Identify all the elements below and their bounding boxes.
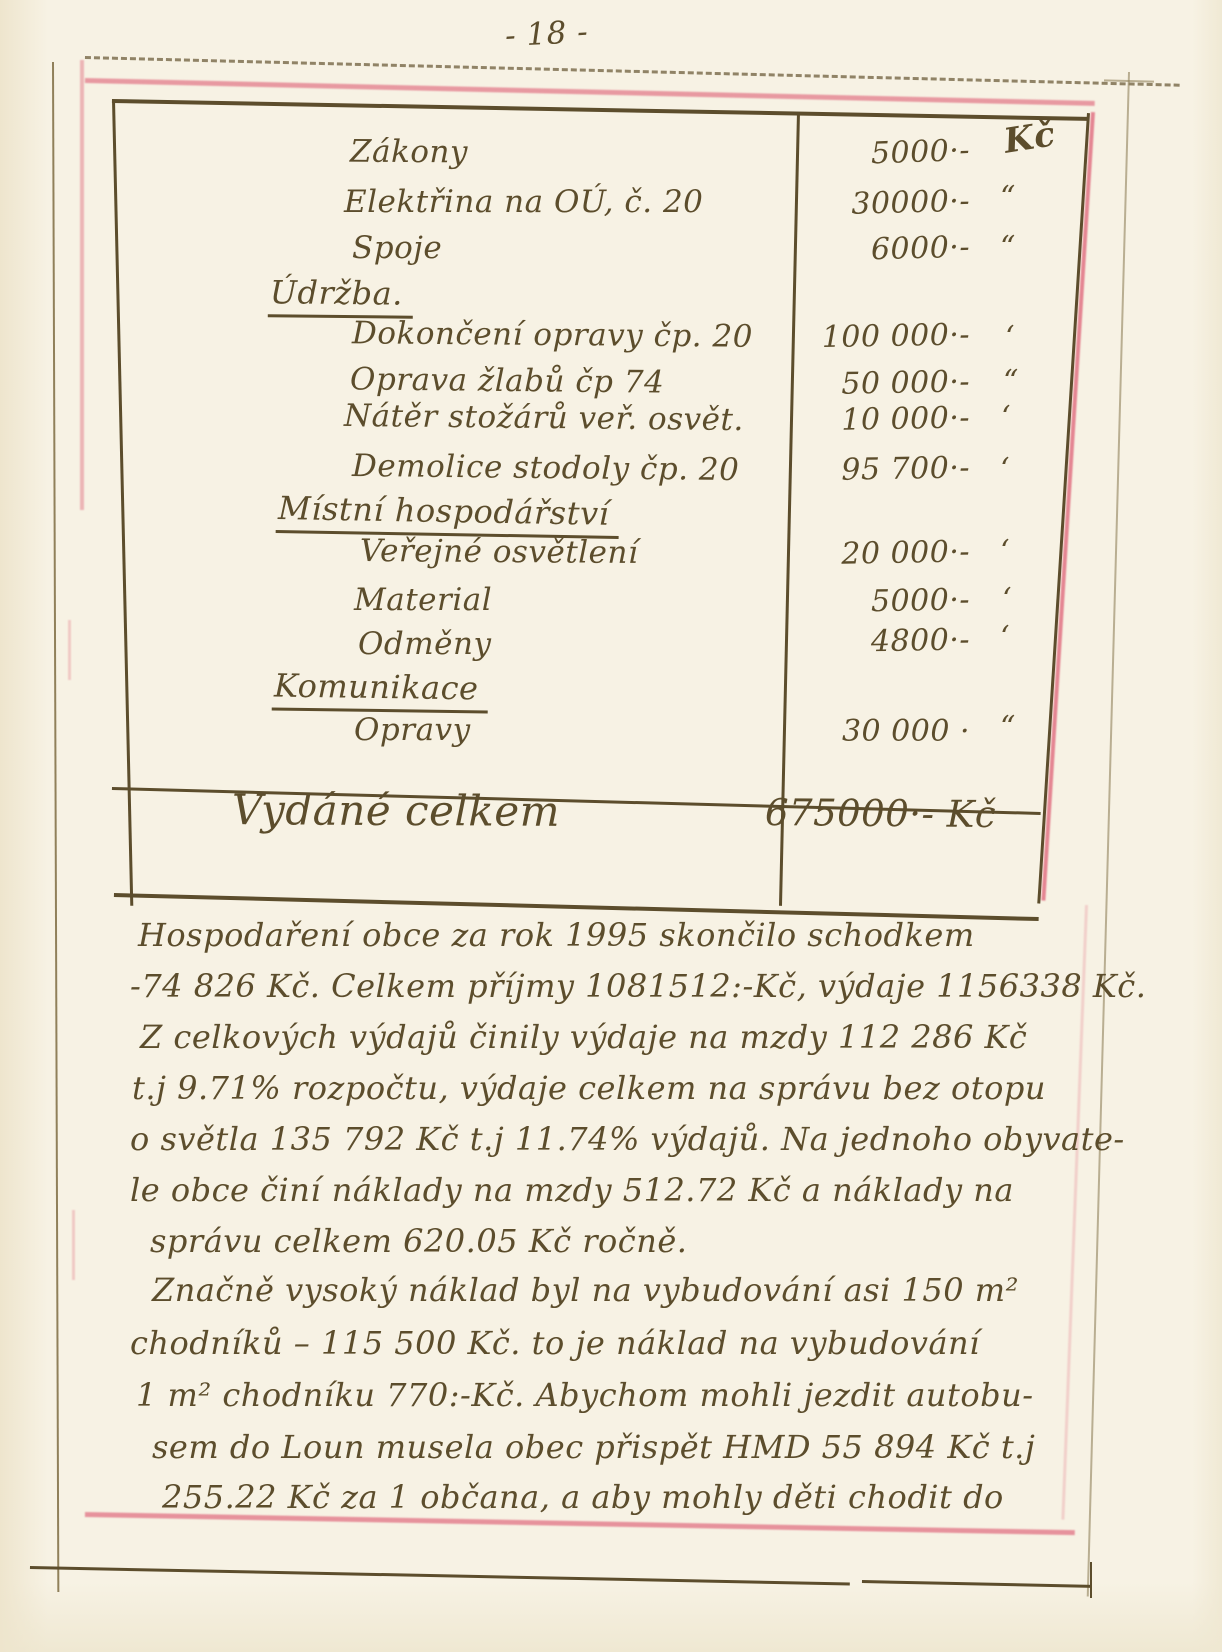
table-row-amount: 4800·- xyxy=(795,622,971,660)
table-row-amount: 6000·- xyxy=(795,230,971,270)
outer-frame-bottom-right xyxy=(862,1580,1092,1588)
table-row-amount: 10 000·- xyxy=(795,400,971,438)
paragraph-line: Značně vysoký náklad byl na vybudování a… xyxy=(152,1271,1019,1309)
table-row-label: Oprava žlabů čp 74 xyxy=(350,361,665,400)
paragraph-line: 1 m² chodníku 770:-Kč. Abychom mohli jez… xyxy=(136,1376,1034,1414)
paragraph-line: o světla 135 792 Kč t.j 11.74% výdajů. N… xyxy=(130,1120,1125,1158)
table-row-label: Demolice stodoly čp. 20 xyxy=(352,448,740,488)
table-section-label: Údržba. xyxy=(268,273,413,319)
ditto-mark: ‘ xyxy=(1000,620,1010,655)
paragraph-line: 255.22 Kč za 1 občana, a aby mohly děti … xyxy=(162,1478,1004,1516)
table-border-right xyxy=(1037,113,1089,904)
table-row-amount: 30 000 · xyxy=(795,714,970,749)
paragraph-line: le obce činí náklady na mzdy 512.72 Kč a… xyxy=(130,1171,1014,1209)
paragraph-line: Hospodaření obce za rok 1995 skončilo sc… xyxy=(138,916,975,954)
table-row-label: Zákony xyxy=(350,134,468,171)
paragraph-line: sem do Loun musela obec přispět HMD 55 8… xyxy=(152,1428,1035,1466)
currency-header: Kč xyxy=(1001,114,1058,162)
table-row-amount: 5000·- xyxy=(795,582,971,620)
table-row-label: Veřejné osvětlení xyxy=(360,533,639,571)
ditto-mark: “ xyxy=(1000,230,1016,265)
table-row-label: Dokončení opravy čp. 20 xyxy=(352,315,753,354)
ditto-mark: “ xyxy=(1000,180,1016,215)
table-row-label: Material xyxy=(354,582,492,618)
table-border-left xyxy=(112,100,133,906)
table-row-amount: 20 000·- xyxy=(795,534,971,572)
total-row-amount: 675000·- Kč xyxy=(765,791,997,836)
table-row-amount: 30000·- xyxy=(795,184,971,224)
pink-dash-left-2 xyxy=(72,1210,75,1280)
paragraph-line: t.j 9.71% rozpočtu, výdaje celkem na spr… xyxy=(132,1069,1046,1107)
ditto-mark: ‘ xyxy=(1001,400,1011,435)
table-row-amount: 5000·- xyxy=(794,133,970,174)
ditto-mark: ‘ xyxy=(1000,534,1010,569)
ditto-mark: ‘ xyxy=(1005,320,1015,355)
page-number: - 18 - xyxy=(504,14,589,54)
ditto-mark: “ xyxy=(1003,364,1019,399)
table-row-amount: 95 700·- xyxy=(795,450,971,488)
ditto-mark: “ xyxy=(1000,710,1016,745)
table-row-label: Odměny xyxy=(358,626,491,662)
outer-frame-bottom-left xyxy=(30,1566,850,1585)
table-column-separator xyxy=(779,112,800,906)
paragraph-line: chodníků – 115 500 Kč. to je náklad na v… xyxy=(130,1324,980,1362)
outer-frame-left xyxy=(52,62,59,1592)
table-row-label: Opravy xyxy=(354,712,471,748)
outer-frame-right xyxy=(1087,72,1130,1596)
ditto-mark: ‘ xyxy=(1002,582,1012,617)
pink-line-table-right xyxy=(1041,112,1095,901)
pink-line-left-margin xyxy=(80,60,84,510)
outer-frame-bottom-tick xyxy=(1090,1562,1092,1598)
table-row-amount: 100 000·- xyxy=(795,317,971,355)
ditto-mark: ‘ xyxy=(1000,452,1010,487)
table-section-label: Komunikace xyxy=(272,666,489,713)
total-row-label: Vydáné celkem xyxy=(232,785,560,836)
table-row-label: Elektřina na OÚ, č. 20 xyxy=(344,184,703,220)
pink-dash-left-1 xyxy=(68,620,71,680)
table-row-label: Spoje xyxy=(352,230,442,266)
paragraph-line: -74 826 Kč. Celkem příjmy 1081512:-Kč, v… xyxy=(130,967,1146,1005)
paragraph-line: správu celkem 620.05 Kč ročně. xyxy=(150,1222,687,1260)
table-row-amount: 50 000·- xyxy=(795,364,971,402)
table-section-label: Místní hospodářství xyxy=(276,489,620,539)
table-row-label: Nátěr stožárů veř. osvět. xyxy=(344,398,744,438)
paragraph-line: Z celkových výdajů činily výdaje na mzdy… xyxy=(140,1018,1027,1056)
